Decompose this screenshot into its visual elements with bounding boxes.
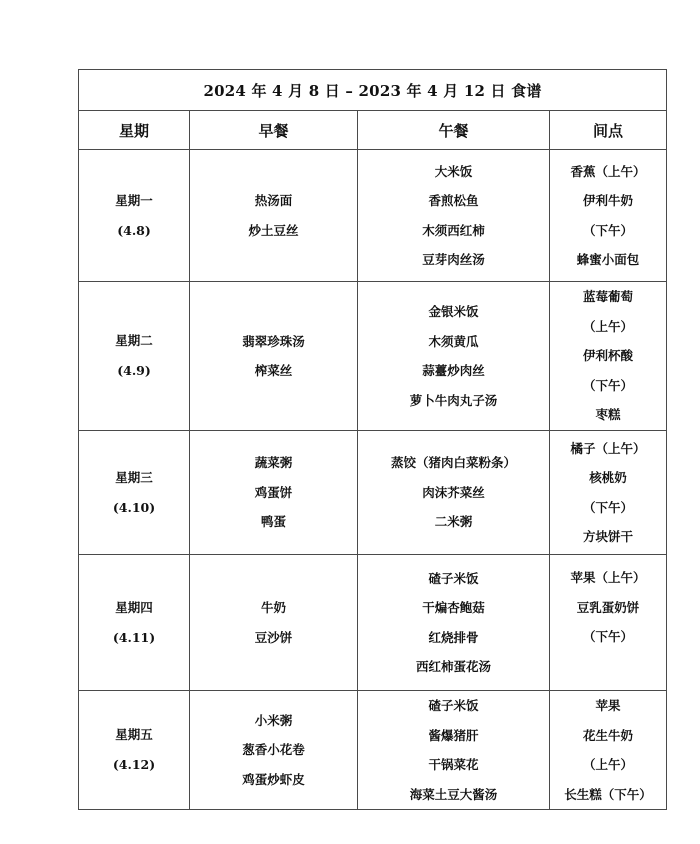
menu-title: 2024 年 4 月 8 日 – 2023 年 4 月 12 日 食谱 — [79, 70, 667, 111]
snack-item: （下午） — [550, 622, 666, 652]
lunch-item: 碴子米饭 — [358, 691, 549, 721]
day-cell: 星期五 (4.12) — [79, 691, 190, 810]
breakfast-item: 热汤面 — [190, 186, 357, 216]
lunch-cell: 碴子米饭 干煸杏鲍菇 红烧排骨 西红柿蛋花汤 — [358, 555, 550, 691]
snack-cell: 苹果 花生牛奶 （上午） 长生糕（下午） — [550, 691, 667, 810]
lunch-item: 蒸饺（猪肉白菜粉条） — [358, 448, 549, 478]
header-breakfast: 早餐 — [190, 111, 358, 150]
lunch-item: 蒜薹炒肉丝 — [358, 356, 549, 386]
header-row: 星期 早餐 午餐 间点 — [79, 111, 667, 150]
breakfast-item: 牛奶 — [190, 593, 357, 623]
breakfast-item: 榨菜丝 — [190, 356, 357, 386]
breakfast-cell: 牛奶 豆沙饼 — [190, 555, 358, 691]
snack-item: 橘子（上午） — [550, 434, 666, 464]
breakfast-item: 蔬菜粥 — [190, 448, 357, 478]
day-cell: 星期三 (4.10) — [79, 431, 190, 555]
snack-item: 长生糕（下午） — [550, 780, 666, 810]
lunch-item: 红烧排骨 — [358, 623, 549, 653]
breakfast-cell: 小米粥 葱香小花卷 鸡蛋炒虾皮 — [190, 691, 358, 810]
breakfast-item: 小米粥 — [190, 706, 357, 736]
snack-item: 苹果 — [550, 691, 666, 721]
weekly-menu-table: 2024 年 4 月 8 日 – 2023 年 4 月 12 日 食谱 星期 早… — [78, 69, 667, 810]
snack-item: 花生牛奶 — [550, 721, 666, 751]
snack-item: （下午） — [550, 493, 666, 523]
snack-cell: 香蕉（上午） 伊利牛奶 （下午） 蜂蜜小面包 — [550, 150, 667, 282]
lunch-item: 豆芽肉丝汤 — [358, 245, 549, 275]
snack-item: 蜂蜜小面包 — [550, 245, 666, 275]
day-cell: 星期四 (4.11) — [79, 555, 190, 691]
breakfast-item: 鸡蛋饼 — [190, 478, 357, 508]
day-cell: 星期一 (4.8) — [79, 150, 190, 282]
snack-item: 方块饼干 — [550, 522, 666, 552]
snack-cell: 苹果（上午） 豆乳蛋奶饼 （下午） — [550, 555, 667, 691]
day-label: 星期二 — [79, 326, 189, 356]
day-date: (4.10) — [79, 493, 189, 523]
snack-item: （下午） — [550, 371, 666, 401]
snack-cell: 橘子（上午） 核桃奶 （下午） 方块饼干 — [550, 431, 667, 555]
day-date: (4.11) — [79, 623, 189, 653]
breakfast-item: 豆沙饼 — [190, 623, 357, 653]
lunch-item: 二米粥 — [358, 507, 549, 537]
lunch-item: 香煎松鱼 — [358, 186, 549, 216]
lunch-item: 碴子米饭 — [358, 564, 549, 594]
snack-item: 伊利杯酸 — [550, 341, 666, 371]
lunch-item: 木须黄瓜 — [358, 327, 549, 357]
lunch-cell: 大米饭 香煎松鱼 木须西红柿 豆芽肉丝汤 — [358, 150, 550, 282]
breakfast-item: 鸭蛋 — [190, 507, 357, 537]
breakfast-cell: 翡翠珍珠汤 榨菜丝 — [190, 282, 358, 431]
table-row-wednesday: 星期三 (4.10) 蔬菜粥 鸡蛋饼 鸭蛋 蒸饺（猪肉白菜粉条） 肉沫芥菜丝 二… — [79, 431, 667, 555]
lunch-item: 海菜土豆大酱汤 — [358, 780, 549, 810]
snack-item: （上午） — [550, 750, 666, 780]
snack-item: （下午） — [550, 216, 666, 246]
breakfast-item: 葱香小花卷 — [190, 735, 357, 765]
breakfast-item: 鸡蛋炒虾皮 — [190, 765, 357, 795]
lunch-item: 萝卜牛肉丸子汤 — [358, 386, 549, 416]
header-day: 星期 — [79, 111, 190, 150]
snack-item: 豆乳蛋奶饼 — [550, 593, 666, 623]
snack-item: 核桃奶 — [550, 463, 666, 493]
breakfast-cell: 热汤面 炒土豆丝 — [190, 150, 358, 282]
lunch-cell: 蒸饺（猪肉白菜粉条） 肉沫芥菜丝 二米粥 — [358, 431, 550, 555]
snack-item: 苹果（上午） — [550, 563, 666, 593]
lunch-item: 肉沫芥菜丝 — [358, 478, 549, 508]
snack-item: 蓝莓葡萄 — [550, 282, 666, 312]
lunch-item: 金银米饭 — [358, 297, 549, 327]
lunch-item: 大米饭 — [358, 157, 549, 187]
snack-item: 香蕉（上午） — [550, 157, 666, 187]
snack-item: 枣糕 — [550, 400, 666, 430]
title-row: 2024 年 4 月 8 日 – 2023 年 4 月 12 日 食谱 — [79, 70, 667, 111]
table-row-friday: 星期五 (4.12) 小米粥 葱香小花卷 鸡蛋炒虾皮 碴子米饭 酱爆猪肝 干锅菜… — [79, 691, 667, 810]
breakfast-item: 翡翠珍珠汤 — [190, 327, 357, 357]
day-date: (4.9) — [79, 356, 189, 386]
header-lunch: 午餐 — [358, 111, 550, 150]
snack-cell: 蓝莓葡萄 （上午） 伊利杯酸 （下午） 枣糕 — [550, 282, 667, 431]
lunch-item: 干煸杏鲍菇 — [358, 593, 549, 623]
snack-item: 伊利牛奶 — [550, 186, 666, 216]
lunch-cell: 金银米饭 木须黄瓜 蒜薹炒肉丝 萝卜牛肉丸子汤 — [358, 282, 550, 431]
lunch-item: 木须西红柿 — [358, 216, 549, 246]
day-cell: 星期二 (4.9) — [79, 282, 190, 431]
lunch-item: 酱爆猪肝 — [358, 721, 549, 751]
day-label: 星期三 — [79, 463, 189, 493]
breakfast-item: 炒土豆丝 — [190, 216, 357, 246]
lunch-cell: 碴子米饭 酱爆猪肝 干锅菜花 海菜土豆大酱汤 — [358, 691, 550, 810]
table-row-monday: 星期一 (4.8) 热汤面 炒土豆丝 大米饭 香煎松鱼 木须西红柿 豆芽肉丝汤 … — [79, 150, 667, 282]
table-row-thursday: 星期四 (4.11) 牛奶 豆沙饼 碴子米饭 干煸杏鲍菇 红烧排骨 西红柿蛋花汤… — [79, 555, 667, 691]
lunch-item: 干锅菜花 — [358, 750, 549, 780]
snack-item: （上午） — [550, 312, 666, 342]
table-row-tuesday: 星期二 (4.9) 翡翠珍珠汤 榨菜丝 金银米饭 木须黄瓜 蒜薹炒肉丝 萝卜牛肉… — [79, 282, 667, 431]
lunch-item: 西红柿蛋花汤 — [358, 652, 549, 682]
header-snack: 间点 — [550, 111, 667, 150]
day-label: 星期一 — [79, 186, 189, 216]
day-label: 星期五 — [79, 720, 189, 750]
day-date: (4.8) — [79, 216, 189, 246]
day-date: (4.12) — [79, 750, 189, 780]
breakfast-cell: 蔬菜粥 鸡蛋饼 鸭蛋 — [190, 431, 358, 555]
day-label: 星期四 — [79, 593, 189, 623]
